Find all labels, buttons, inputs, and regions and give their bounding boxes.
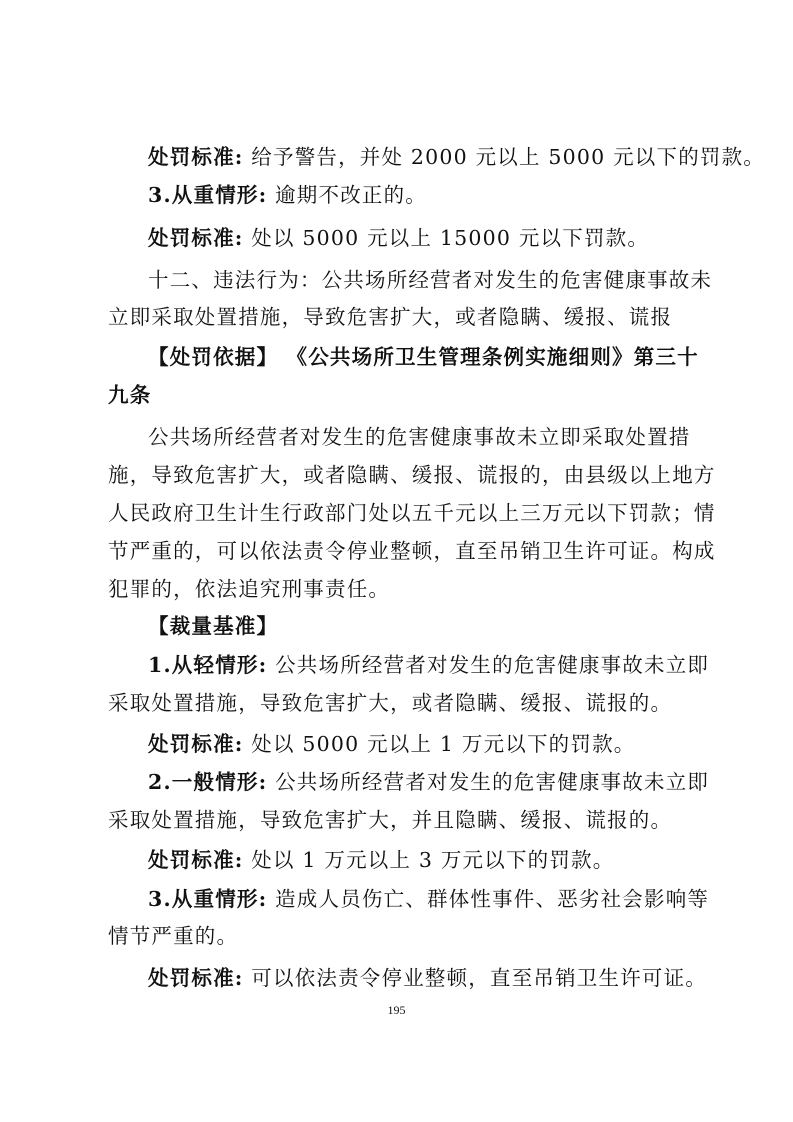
- regulation-text-line: 公共场所经营者对发生的危害健康事故未立即采取处置措: [148, 423, 733, 451]
- line-text: 公共场所经营者对发生的危害健康事故未立即采取处置措: [148, 425, 691, 449]
- line-text: 逾期不改正的。: [267, 183, 427, 207]
- bold-label: 【裁量基准】: [148, 614, 278, 638]
- line-text: 节严重的，可以依法责令停业整顿，直至吊销卫生许可证。构成: [108, 539, 716, 563]
- penalty-standard-line: 处罚标准: 可以依法责令停业整顿，直至吊销卫生许可证。: [148, 964, 733, 992]
- regulation-text-line: 犯罪的，依法追究刑事责任。: [108, 575, 693, 603]
- bold-label: 九条: [108, 383, 151, 407]
- penalty-standard-line: 处罚标准: 处以 1 万元以上 3 万元以下的罚款。: [148, 846, 733, 874]
- line-text: 处以 1 万元以上 3 万元以下的罚款。: [244, 848, 615, 872]
- bold-label: 处罚标准:: [148, 966, 244, 990]
- aggravated-case-line: 3.从重情形: 逾期不改正的。: [148, 181, 733, 209]
- document-page: 处罚标准: 给予警告，并处 2000 元以上 5000 元以下的罚款。 3.从重…: [0, 0, 793, 1122]
- line-text: 人民政府卫生计生行政部门处以五千元以上三万元以下罚款；情: [108, 501, 716, 525]
- page-number: 195: [0, 1003, 793, 1018]
- light-case-continuation: 采取处置措施，导致危害扩大，或者隐瞒、缓报、谎报的。: [108, 689, 693, 717]
- violation-heading-line: 十二、违法行为：公共场所经营者对发生的危害健康事故未: [148, 266, 693, 294]
- line-text: 处以 5000 元以上 1 万元以下的罚款。: [244, 732, 636, 756]
- bold-label: 处罚标准:: [148, 226, 244, 250]
- regulation-text-line: 节严重的，可以依法责令停业整顿，直至吊销卫生许可证。构成: [108, 537, 693, 565]
- line-text: 造成人员伤亡、群体性事件、恶劣社会影响等: [267, 887, 709, 911]
- penalty-standard-line: 处罚标准: 处以 5000 元以上 1 万元以下的罚款。: [148, 730, 733, 758]
- bold-label: 1.从轻情形:: [148, 653, 267, 677]
- general-case-line: 2.一般情形: 公共场所经营者对发生的危害健康事故未立即: [148, 768, 733, 796]
- aggravated-case-line: 3.从重情形: 造成人员伤亡、群体性事件、恶劣社会影响等: [148, 885, 733, 913]
- line-text: 公共场所经营者对发生的危害健康事故未立即: [267, 653, 709, 677]
- regulation-text-line: 人民政府卫生计生行政部门处以五千元以上三万元以下罚款；情: [108, 499, 693, 527]
- violation-continuation-line: 立即采取处置措施，导致危害扩大，或者隐瞒、缓报、谎报: [108, 303, 693, 331]
- regulation-text-line: 施，导致危害扩大，或者隐瞒、缓报、谎报的，由县级以上地方: [108, 461, 693, 489]
- line-text: 情节严重的。: [108, 924, 238, 948]
- light-case-line: 1.从轻情形: 公共场所经营者对发生的危害健康事故未立即: [148, 651, 733, 679]
- bold-label: 2.一般情形:: [148, 770, 267, 794]
- aggravated-case-continuation: 情节严重的。: [108, 922, 693, 950]
- line-text: 犯罪的，依法追究刑事责任。: [108, 577, 390, 601]
- discretion-standard-heading: 【裁量基准】: [148, 612, 733, 640]
- line-text: 公共场所经营者对发生的危害健康事故未立即: [267, 770, 709, 794]
- line-text: 处以 5000 元以上 15000 元以下罚款。: [244, 226, 649, 250]
- bold-label: 3.从重情形:: [148, 887, 267, 911]
- bold-label: 3.从重情形:: [148, 183, 267, 207]
- bold-label: 处罚标准:: [148, 145, 244, 169]
- line-text: 给予警告，并处 2000 元以上 5000 元以下的罚款。: [244, 145, 765, 169]
- bold-label: 处罚标准:: [148, 732, 244, 756]
- line-text: 十二、违法行为：公共场所经营者对发生的危害健康事故未: [148, 268, 712, 292]
- general-case-continuation: 采取处置措施，导致危害扩大，并且隐瞒、缓报、谎报的。: [108, 806, 693, 834]
- line-text: 立即采取处置措施，导致危害扩大，或者隐瞒、缓报、谎报: [108, 305, 672, 329]
- line-text: 采取处置措施，导致危害扩大，并且隐瞒、缓报、谎报的。: [108, 808, 672, 832]
- bold-label: 【处罚依据】 《公共场所卫生管理条例实施细则》第三十: [148, 345, 699, 369]
- line-text: 施，导致危害扩大，或者隐瞒、缓报、谎报的，由县级以上地方: [108, 463, 716, 487]
- penalty-standard-line: 处罚标准: 给予警告，并处 2000 元以上 5000 元以下的罚款。: [148, 143, 733, 171]
- penalty-basis-continuation: 九条: [108, 381, 693, 409]
- line-text: 采取处置措施，导致危害扩大，或者隐瞒、缓报、谎报的。: [108, 691, 672, 715]
- line-text: 可以依法责令停业整顿，直至吊销卫生许可证。: [244, 966, 707, 990]
- penalty-basis-heading: 【处罚依据】 《公共场所卫生管理条例实施细则》第三十: [148, 343, 733, 371]
- penalty-standard-line: 处罚标准: 处以 5000 元以上 15000 元以下罚款。: [148, 224, 733, 252]
- bold-label: 处罚标准:: [148, 848, 244, 872]
